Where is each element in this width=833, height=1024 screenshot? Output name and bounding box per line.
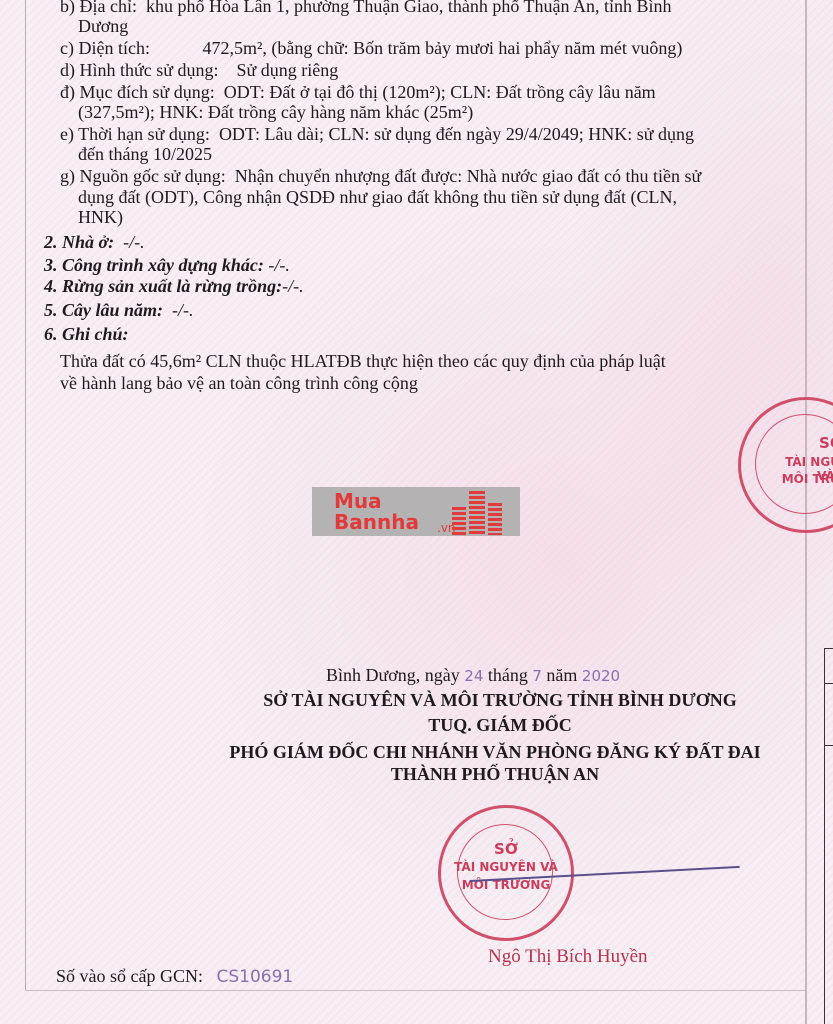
section-production-forest: 4. Rừng sản xuất là rừng trồng:-/-. [44,276,304,296]
signer-title-line-2: THÀNH PHỐ THUẬN AN [180,764,810,784]
left-border-line [25,0,26,990]
purpose-value: ODT: Đất ở tại đô thị (120m²); CLN: Đất … [224,82,656,102]
section-label: 6. Ghi chú: [44,324,129,344]
watermark-text-mua: Mua [334,491,382,511]
building-icon [469,491,485,535]
address-cont: Dương [78,16,128,36]
stamp-text-moitruong: MÔI TRƯỜNG [741,472,833,486]
note-line-1: Thửa đất có 45,6m² CLN thuộc HLATĐB thực… [60,351,666,371]
date-month-label: tháng [488,665,528,685]
origin-row: g) Nguồn gốc sử dụng: Nhận chuyển nhượng… [60,166,701,186]
registry-label: Số vào sổ cấp GCN: [56,966,203,986]
term-cont: đến tháng 10/2025 [78,144,212,164]
registry-number: CS10691 [217,967,294,987]
section-value: -/-. [282,276,304,296]
signer-name: Ngô Thị Bích Huyền [488,947,648,967]
stamp-text-so: SỞ [741,434,833,452]
section-label: 4. Rừng sản xuất là rừng trồng: [44,276,282,296]
area-value: 472,5m², (bằng chữ: Bốn trăm bảy mươi ha… [203,38,683,58]
usage-form-label: d) Hình thức sử dụng: [60,60,219,80]
section-value: -/-. [123,232,145,252]
note-line-2: về hành lang bảo vệ an toàn công trình c… [60,373,418,393]
section-house: 2. Nhà ở: -/-. [44,232,145,252]
address-row: b) Địa chỉ: khu phố Hòa Lân 1, phường Th… [60,0,672,16]
signing-date: Bình Dương, ngày 24 tháng 7 năm 2020 [326,665,620,686]
purpose-cont: (327,5m²); HNK: Đất trồng cây hàng năm k… [78,102,473,122]
official-stamp: SỞ TÀI NGUYÊN VÀ MÔI TRƯỜNG [438,805,574,941]
origin-label: g) Nguồn gốc sử dụng: [60,166,226,186]
section-value: -/-. [172,300,194,320]
date-year-label: năm [546,665,577,685]
signer-title-line-1: PHÓ GIÁM ĐỐC CHI NHÁNH VĂN PHÒNG ĐĂNG KÝ… [180,742,810,762]
date-year: 2020 [582,667,620,685]
stamp-text-tainguyen: TÀI NGUYÊN VÀ [441,860,571,874]
origin-value: Nhận chuyển nhượng đất được: Nhà nước gi… [235,166,701,186]
address-value: khu phố Hòa Lân 1, phường Thuận Giao, th… [146,0,672,16]
term-value: ODT: Lâu dài; CLN: sử dụng đến ngày 29/4… [219,124,694,144]
purpose-label: đ) Mục đích sử dụng: [60,82,215,102]
section-notes: 6. Ghi chú: [44,324,129,344]
section-other-construction: 3. Công trình xây dựng khác: -/-. [44,255,290,275]
area-label: c) Diện tích: [60,38,198,58]
stamp-text-so: SỞ [441,840,571,858]
date-prefix: Bình Dương, ngày [326,665,460,685]
section-label: 5. Cây lâu năm: [44,300,163,320]
address-label: b) Địa chỉ: [60,0,137,16]
purpose-row: đ) Mục đích sử dụng: ODT: Đất ở tại đô t… [60,82,656,102]
section-perennial-trees: 5. Cây lâu năm: -/-. [44,300,194,320]
area-row: c) Diện tích: 472,5m², (bằng chữ: Bốn tr… [60,38,682,58]
origin-cont-1: dụng đất (ODT), Công nhận QSDĐ như giao … [78,187,677,207]
adjacent-page-table-edge [824,648,833,1024]
term-label: e) Thời hạn sử dụng: [60,124,210,144]
term-row: e) Thời hạn sử dụng: ODT: Lâu dài; CLN: … [60,124,694,144]
date-month: 7 [532,667,542,685]
building-icon [488,503,502,535]
date-day: 24 [464,667,483,685]
muabannha-watermark-logo: Mua Bannha .vn [312,487,520,536]
registry-row: Số vào sổ cấp GCN: CS10691 [56,966,293,987]
section-label: 2. Nhà ở: [44,232,114,252]
building-icon [452,507,466,535]
usage-form-row: d) Hình thức sử dụng: Sử dụng riêng [60,60,338,80]
watermark-text-bannha: Bannha [334,512,419,532]
bottom-border-line [25,990,805,991]
origin-cont-2: HNK) [78,207,123,227]
agency-name: SỞ TÀI NGUYÊN VÀ MÔI TRƯỜNG TỈNH BÌNH DƯ… [200,690,800,710]
usage-form-value: Sử dụng riêng [237,60,339,80]
on-behalf-title: TUQ. GIÁM ĐỐC [200,715,800,735]
section-value: -/-. [268,255,290,275]
section-label: 3. Công trình xây dựng khác: [44,255,264,275]
